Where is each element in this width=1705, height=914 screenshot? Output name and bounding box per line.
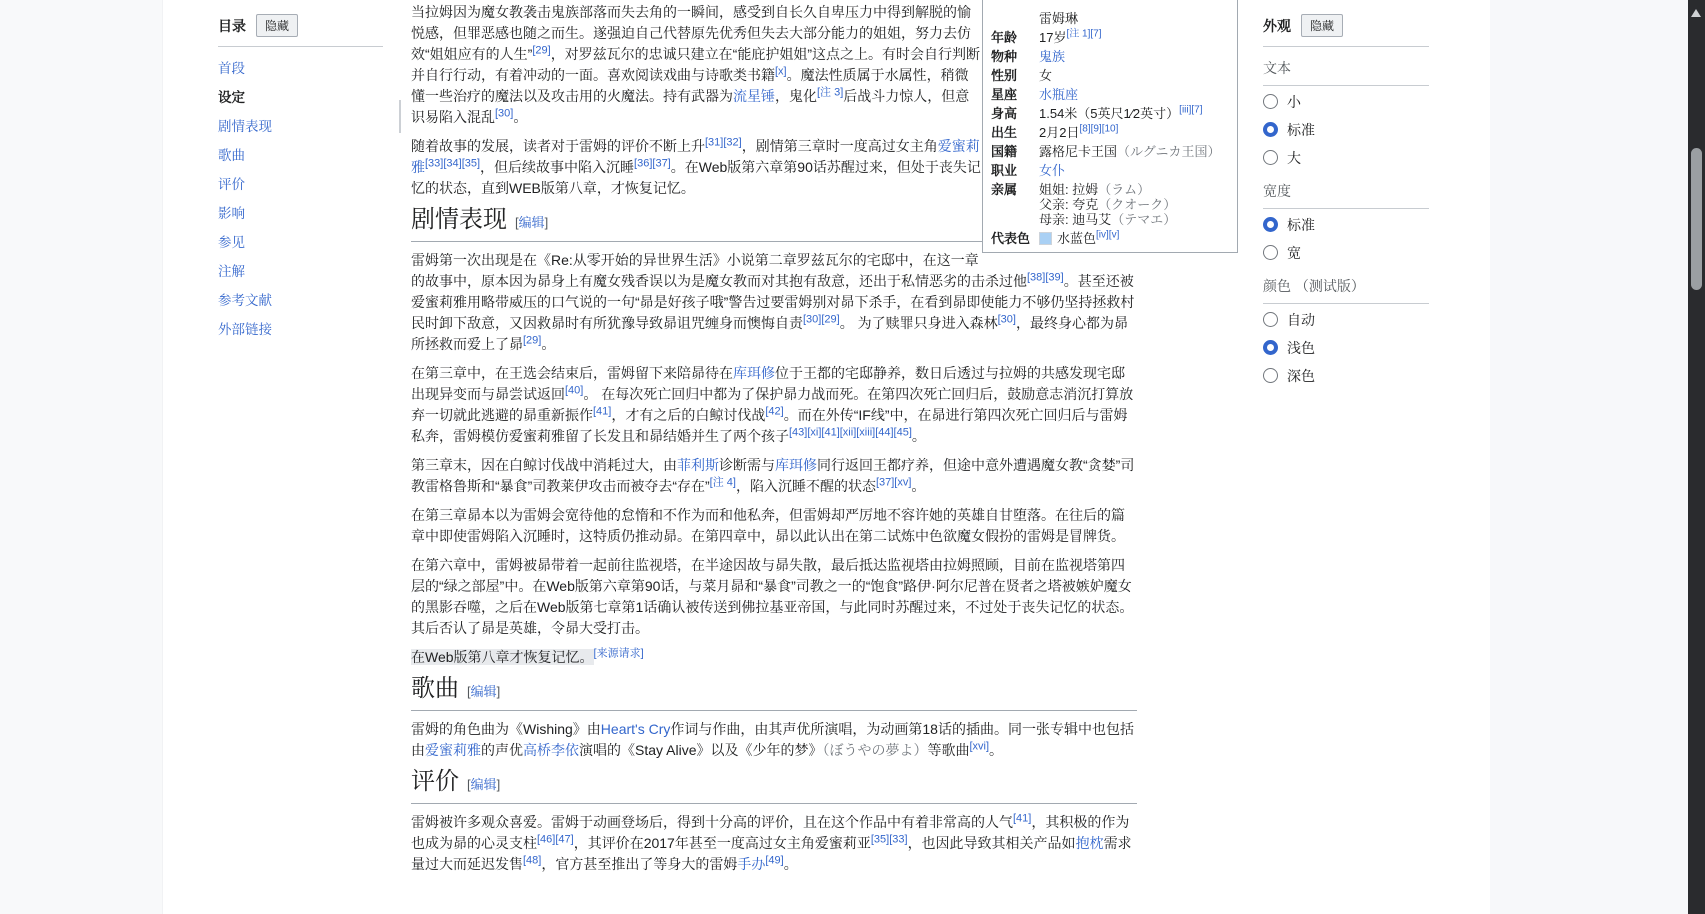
edit-link[interactable]: 编辑 <box>471 777 497 792</box>
infobox-row: 星座水瓶座 <box>983 85 1237 104</box>
edit-section: [编辑] <box>467 777 500 792</box>
text-run: 17岁 <box>1039 30 1066 45</box>
infobox-label: 职业 <box>991 163 1039 178</box>
appearance-section-title: 宽度 <box>1263 170 1429 209</box>
toc-item[interactable]: 设定 <box>218 81 383 110</box>
infobox-row: 年龄17岁[注 1][7] <box>983 28 1237 47</box>
wiki-link[interactable]: 女仆 <box>1039 163 1065 178</box>
appearance-sections: 文本小标准大宽度标准宽颜色 （测试版）自动浅色深色 <box>1263 47 1429 388</box>
paragraph: 在第三章中，在王选会结束后，雷姆留下来陪昴待在库珥修位于王都的宅邸静养，数日后透… <box>411 363 1137 447</box>
scrollbar-thumb[interactable] <box>1691 148 1702 290</box>
radio-option[interactable]: 深色 <box>1263 363 1429 388</box>
reference-link[interactable]: [33][34][35] <box>425 157 480 169</box>
toc-item[interactable]: 剧情表现 <box>218 110 383 139</box>
reference-link[interactable]: [30] <box>495 107 513 119</box>
wiki-link[interactable]: 菲利斯 <box>677 457 719 473</box>
paragraph: 雷姆被许多观众喜爱。雷姆于动画登场后，得到十分高的评价，且在这个作品中有着非常高… <box>411 812 1137 875</box>
toc-scroll-indicator <box>399 100 401 133</box>
edit-link[interactable]: 编辑 <box>471 684 497 699</box>
table-of-contents-panel: 目录 隐藏 首段设定剧情表现歌曲评价影响参见注解参考文献外部链接 <box>218 14 383 342</box>
paragraph: 第三章末，因在白鲸讨伐战中消耗过大，由菲利斯诊断需与库珥修同行返回王都疗养，但途… <box>411 455 1137 497</box>
infobox-rows: 雷姆琳年龄17岁[注 1][7]物种鬼族性别女星座水瓶座身高1.54米（5英尺1… <box>983 9 1237 248</box>
appearance-hide-button[interactable]: 隐藏 <box>1301 14 1343 37</box>
text-run: 。 为了赎罪只身进入森林 <box>840 315 998 331</box>
text-run: 。 <box>989 742 1003 758</box>
toc-item[interactable]: 注解 <box>218 255 383 284</box>
section-heading-text: 评价 <box>411 769 459 795</box>
reference-link[interactable]: [41] <box>1013 812 1031 824</box>
text-run: 水蓝色 <box>1057 231 1096 246</box>
radio-option-label: 大 <box>1287 148 1301 168</box>
toc-list: 首段设定剧情表现歌曲评价影响参见注解参考文献外部链接 <box>218 52 383 342</box>
text-run: ，剧情第三章时一度高过女主角 <box>742 138 938 154</box>
right-background-band <box>1490 0 1688 914</box>
color-swatch <box>1039 232 1052 245</box>
edit-section: [编辑] <box>515 215 548 230</box>
text-run: 雷姆第一次出现是在《Re:从零开始的异世界生活》小说第二章罗兹瓦尔的宅邸中，在这… <box>411 252 1027 289</box>
reference-link[interactable]: [46][47] <box>537 833 574 845</box>
text-run: ，鬼化 <box>775 88 817 104</box>
section-heading: 歌曲[编辑] <box>411 676 1137 711</box>
appearance-section-title: 颜色 （测试版） <box>1263 265 1429 304</box>
infobox-value: 雷姆琳 <box>1039 11 1229 26</box>
text-run: ，其评价在2017年甚至一度高过女主角爱蜜莉亚 <box>574 835 871 851</box>
infobox-label: 代表色 <box>991 231 1039 246</box>
toc-item[interactable]: 参考文献 <box>218 284 383 313</box>
section-heading: 评价[编辑] <box>411 769 1137 804</box>
scrollbar-up-arrow-icon[interactable] <box>1691 9 1701 17</box>
reference-link[interactable]: [注 3] <box>817 86 843 98</box>
radio-option-label: 标准 <box>1287 120 1315 140</box>
reference-link[interactable]: [48] <box>523 854 541 866</box>
radio-option[interactable]: 大 <box>1263 145 1429 170</box>
reference-link[interactable]: [29] <box>523 334 541 346</box>
text-run: （クオーク） <box>1098 197 1176 212</box>
reference-link[interactable]: [37][xv] <box>876 476 911 488</box>
text-run: 等歌曲 <box>927 742 969 758</box>
infobox-label: 星座 <box>991 87 1039 102</box>
radio-option-label: 深色 <box>1287 366 1315 386</box>
radio-option-label: 小 <box>1287 92 1301 112</box>
reference-link[interactable]: [49] <box>765 854 783 866</box>
text-run: 在第六章中，雷姆被昴带着一起前往监视塔，在半途因故与昴失散，最后抵达监视塔由拉姆… <box>411 557 1133 636</box>
toc-item[interactable]: 影响 <box>218 197 383 226</box>
reference-link[interactable]: [iii][7] <box>1179 105 1202 116</box>
text-run: 母亲: 迪马艾 <box>1039 212 1111 227</box>
radio-unchecked-icon[interactable] <box>1263 94 1278 109</box>
infobox-value: 2月2日[8][9][10] <box>1039 125 1229 140</box>
appearance-settings-panel: 外观 隐藏 文本小标准大宽度标准宽颜色 （测试版）自动浅色深色 <box>1263 14 1429 388</box>
edit-link[interactable]: 编辑 <box>519 215 545 230</box>
radio-checked-icon[interactable] <box>1263 217 1278 232</box>
text-run: （ぼうやの夢よ） <box>822 742 927 758</box>
wiki-link[interactable]: 高桥李依 <box>523 742 579 758</box>
infobox-label: 身高 <box>991 106 1039 121</box>
text-run: （テマエ） <box>1111 212 1176 227</box>
section-heading-text: 剧情表现 <box>411 207 507 233</box>
infobox-value: 姐姐: 拉姆（ラム）父亲: 夸克（クオーク）母亲: 迪马艾（テマエ） <box>1039 182 1229 227</box>
infobox-value: 女仆 <box>1039 163 1229 178</box>
radio-option[interactable]: 小 <box>1263 89 1429 114</box>
infobox-value: 水蓝色[iv][v] <box>1039 231 1229 246</box>
radio-checked-icon[interactable] <box>1263 340 1278 355</box>
toc-item[interactable]: 歌曲 <box>218 139 383 168</box>
highlighted-text: 在Web版第八章才恢复记忆。 <box>411 649 594 665</box>
toc-hide-button[interactable]: 隐藏 <box>256 14 298 37</box>
infobox-row: 职业女仆 <box>983 161 1237 180</box>
paragraph: 在Web版第八章才恢复记忆。[来源请求] <box>411 647 1137 668</box>
reference-link[interactable]: [31][32] <box>705 136 742 148</box>
appearance-section-title: 文本 <box>1263 47 1429 86</box>
reference-link[interactable]: [38][39] <box>1027 271 1064 283</box>
infobox-row: 雷姆琳 <box>983 9 1237 28</box>
reference-link[interactable]: [40] <box>565 384 583 396</box>
text-run: 雷姆被许多观众喜爱。雷姆于动画登场后，得到十分高的评价，且在这个作品中有着非常高… <box>411 814 1013 830</box>
infobox-row: 出生2月2日[8][9][10] <box>983 123 1237 142</box>
edit-section: [编辑] <box>467 684 500 699</box>
radio-option[interactable]: 浅色 <box>1263 335 1429 360</box>
text-run: 2月2日 <box>1039 125 1079 140</box>
toc-item[interactable]: 参见 <box>218 226 383 255</box>
text-run: 父亲: 夸克 <box>1039 197 1098 212</box>
text-run: 诊断需与 <box>719 457 775 473</box>
text-run: 在第三章中，在王选会结束后，雷姆留下来陪昴待在 <box>411 365 733 381</box>
toc-item[interactable]: 首段 <box>218 52 383 81</box>
text-run: 在第三章昴本以为雷姆会宽待他的怠惰和不作为而和他私奔，但雷姆却严厉地不容许她的英… <box>411 507 1125 544</box>
text-run: 第三章末，因在白鲸讨伐战中消耗过大，由 <box>411 457 677 473</box>
text-run: 雷姆的角色曲为《Wishing》由 <box>411 721 601 737</box>
reference-link[interactable]: [30][29] <box>803 313 840 325</box>
text-run: 1.54米（5英尺1⁄2英寸） <box>1039 106 1179 121</box>
wiki-link[interactable]: 流星锤 <box>733 88 775 104</box>
text-run: 雷姆琳 <box>1039 11 1078 26</box>
radio-option-label: 标准 <box>1287 215 1315 235</box>
reference-link[interactable]: [36][37] <box>634 157 671 169</box>
wiki-link[interactable]: 库珥修 <box>775 457 817 473</box>
text-run: （ラム） <box>1098 182 1150 197</box>
radio-option-label: 浅色 <box>1287 338 1315 358</box>
infobox-row: 亲属姐姐: 拉姆（ラム）父亲: 夸克（クオーク）母亲: 迪马艾（テマエ） <box>983 180 1237 229</box>
reference-link[interactable]: [29] <box>532 44 550 56</box>
paragraph: 雷姆第一次出现是在《Re:从零开始的异世界生活》小说第二章罗兹瓦尔的宅邸中，在这… <box>411 250 1137 355</box>
reference-link[interactable]: [30] <box>998 313 1016 325</box>
radio-option[interactable]: 标准 <box>1263 117 1429 142</box>
toc-item[interactable]: 评价 <box>218 168 383 197</box>
wiki-link[interactable]: 库珥修 <box>733 365 775 381</box>
infobox-label: 国籍 <box>991 144 1039 159</box>
text-run: 随着故事的发展，读者对于雷姆的评价不断上升 <box>411 138 705 154</box>
text-run: ，官方甚至推出了等身大的雷姆 <box>541 856 737 872</box>
text-run: 姐姐: 拉姆 <box>1039 182 1098 197</box>
infobox-label: 物种 <box>991 49 1039 64</box>
character-infobox: 雷姆琳年龄17岁[注 1][7]物种鬼族性别女星座水瓶座身高1.54米（5英尺1… <box>982 0 1238 253</box>
reference-link[interactable]: [35][33] <box>871 833 908 845</box>
infobox-label: 亲属 <box>991 182 1039 227</box>
infobox-label: 年龄 <box>991 30 1039 45</box>
reference-link[interactable]: [41] <box>593 405 611 417</box>
infobox-label: 出生 <box>991 125 1039 140</box>
text-run: 。 <box>541 336 555 352</box>
reference-link[interactable]: [来源请求] <box>594 647 644 659</box>
radio-option[interactable]: 自动 <box>1263 307 1429 332</box>
text-run: 女 <box>1039 68 1052 83</box>
wiki-link[interactable]: 鬼族 <box>1039 49 1065 64</box>
infobox-value: 1.54米（5英尺1⁄2英寸）[iii][7] <box>1039 106 1229 121</box>
paragraph: 在第六章中，雷姆被昴带着一起前往监视塔，在半途因故与昴失散，最后抵达监视塔由拉姆… <box>411 555 1137 639</box>
radio-checked-icon[interactable] <box>1263 122 1278 137</box>
reference-link[interactable]: [8][9][10] <box>1079 124 1118 135</box>
radio-unchecked-icon[interactable] <box>1263 150 1278 165</box>
wiki-link[interactable]: 手办 <box>737 856 765 872</box>
text-run: ，但后续故事中陷入沉睡 <box>480 159 634 175</box>
infobox-value: 水瓶座 <box>1039 87 1229 102</box>
infobox-value: 女 <box>1039 68 1229 83</box>
reference-link[interactable]: [42] <box>765 405 783 417</box>
infobox-clipped-row <box>983 0 1237 9</box>
appearance-header: 外观 隐藏 <box>1263 14 1429 47</box>
text-run: 。 <box>784 856 798 872</box>
section-heading-text: 歌曲 <box>411 676 459 702</box>
radio-unchecked-icon[interactable] <box>1263 368 1278 383</box>
text-run: 。 <box>911 478 925 494</box>
infobox-value: 17岁[注 1][7] <box>1039 30 1229 45</box>
paragraph: 在第三章昴本以为雷姆会宽待他的怠惰和不作为而和他私奔，但雷姆却严厉地不容许她的英… <box>411 505 1137 547</box>
radio-option[interactable]: 宽 <box>1263 240 1429 265</box>
toc-item[interactable]: 外部链接 <box>218 313 383 342</box>
text-run: 的声优 <box>481 742 523 758</box>
wiki-link[interactable]: 爱蜜莉雅 <box>425 742 481 758</box>
reference-link[interactable]: [注 4] <box>710 476 736 488</box>
paragraph: 雷姆的角色曲为《Wishing》由Heart's Cry作词与作曲，由其声优所演… <box>411 719 1137 761</box>
text-run: 露格尼卡王国 <box>1039 144 1117 159</box>
infobox-row: 代表色水蓝色[iv][v] <box>983 229 1237 248</box>
radio-option[interactable]: 标准 <box>1263 212 1429 237</box>
reference-link[interactable]: [xvi] <box>969 740 989 752</box>
text-run: 。 <box>912 428 926 444</box>
infobox-label: 性别 <box>991 68 1039 83</box>
left-background-band <box>0 0 163 914</box>
infobox-value: 露格尼卡王国（ルグニカ王国） <box>1039 144 1229 159</box>
reference-link[interactable]: [x] <box>775 65 787 77</box>
toc-header: 目录 隐藏 <box>218 14 383 47</box>
text-run: 演唱的《Stay Alive》以及《少年的梦》 <box>579 742 822 758</box>
reference-link[interactable]: [43][xi][41][xii][xiii][44][45] <box>789 426 912 438</box>
radio-option-label: 自动 <box>1287 310 1315 330</box>
infobox-value: 鬼族 <box>1039 49 1229 64</box>
infobox-row: 国籍露格尼卡王国（ルグニカ王国） <box>983 142 1237 161</box>
text-run: 。 <box>513 109 527 125</box>
reference-link[interactable]: [iv][v] <box>1096 230 1119 241</box>
wiki-link[interactable]: 抱枕 <box>1076 835 1104 851</box>
radio-option-label: 宽 <box>1287 243 1301 263</box>
reference-link[interactable]: [注 1][7] <box>1066 29 1101 40</box>
toc-title: 目录 <box>218 16 246 36</box>
text-run: ，陷入沉睡不醒的状态 <box>736 478 876 494</box>
text-run: ，才有之后的白鲸讨伐战 <box>611 407 765 423</box>
radio-unchecked-icon[interactable] <box>1263 312 1278 327</box>
wiki-link[interactable]: 水瓶座 <box>1039 87 1078 102</box>
browser-scrollbar[interactable] <box>1688 0 1705 914</box>
text-run: （ルグニカ王国） <box>1117 144 1220 159</box>
infobox-row: 性别女 <box>983 66 1237 85</box>
radio-unchecked-icon[interactable] <box>1263 245 1278 260</box>
infobox-row: 物种鬼族 <box>983 47 1237 66</box>
appearance-title: 外观 <box>1263 16 1291 36</box>
infobox-label <box>991 11 1039 26</box>
wiki-link[interactable]: Heart's Cry <box>601 721 671 737</box>
infobox-row: 身高1.54米（5英尺1⁄2英寸）[iii][7] <box>983 104 1237 123</box>
text-run: ，也因此导致其相关产品如 <box>908 835 1076 851</box>
